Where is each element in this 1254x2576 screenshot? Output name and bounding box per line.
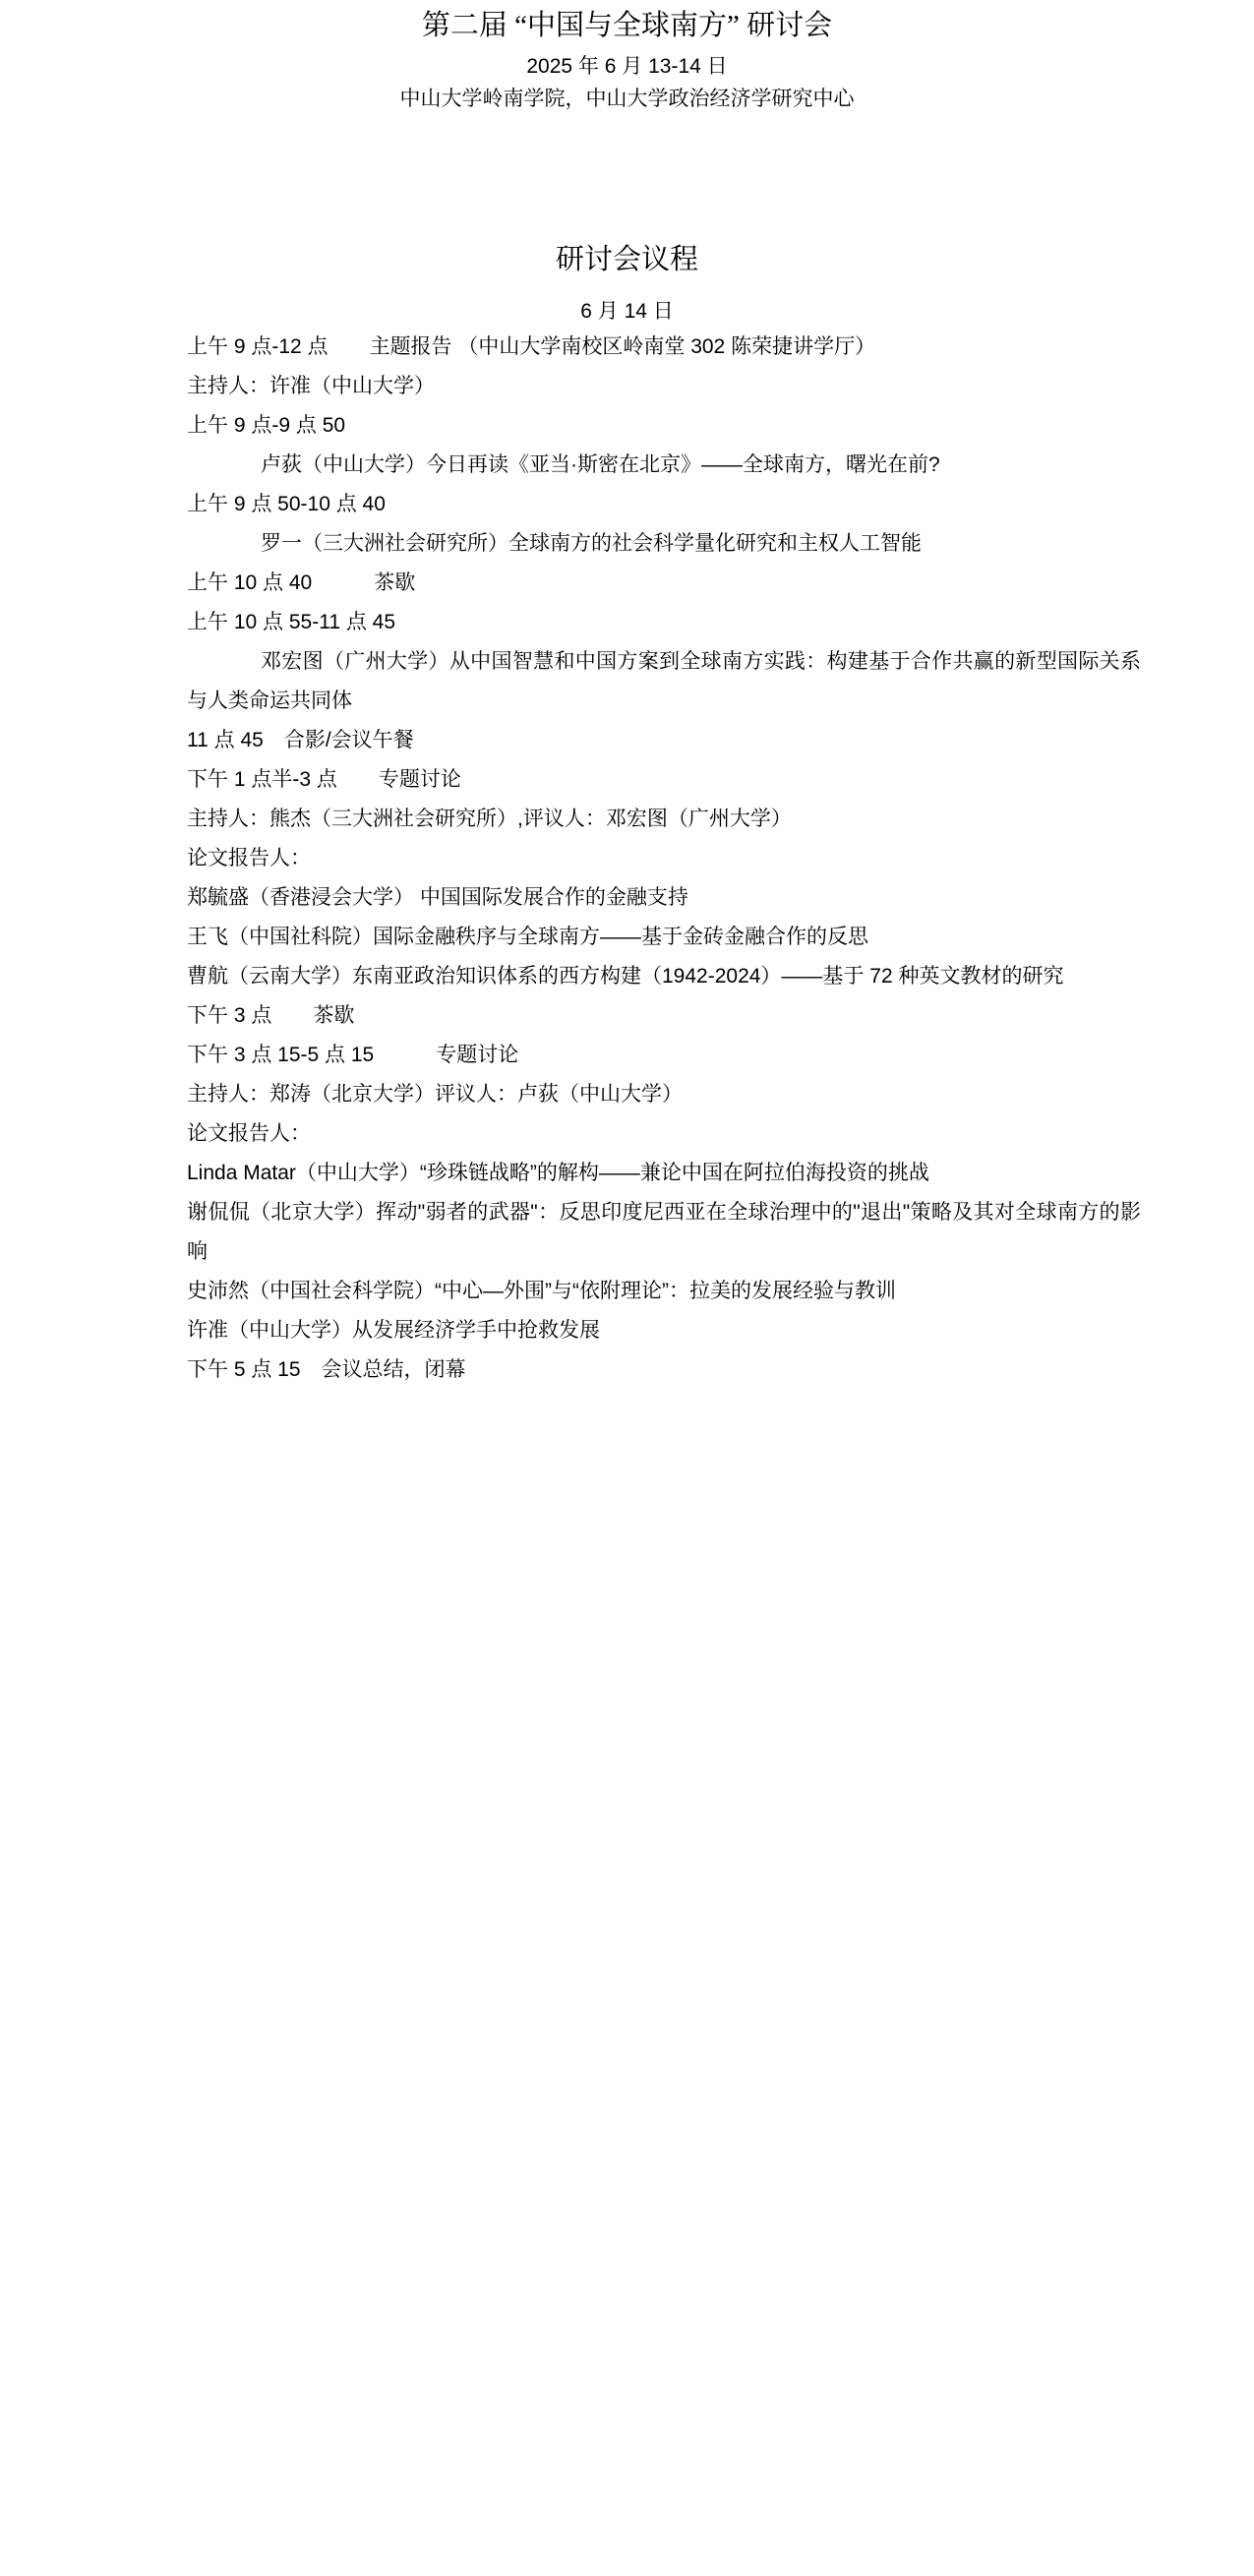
agenda-line-session-time: 上午 9 点-12 点 主题报告 （中山大学南校区岭南堂 302 陈荣捷讲学厅） bbox=[187, 328, 1141, 367]
agenda-line-presenters-label: 论文报告人： bbox=[187, 839, 1141, 878]
agenda-line-presenters-label: 论文报告人： bbox=[187, 1114, 1141, 1154]
document-header: 第二届 “中国与全球南方” 研讨会 2025 年 6 月 13-14 日 中山大… bbox=[0, 6, 1254, 115]
agenda-line-talk: 郑毓盛（香港浸会大学） 中国国际发展合作的金融支持 bbox=[187, 878, 1141, 918]
agenda-line-talk: Linda Matar（中山大学）“珍珠链战略”的解构——兼论中国在阿拉伯海投资… bbox=[187, 1154, 1141, 1193]
agenda-line-talk: 邓宏图（广州大学）从中国智慧和中国方案到全球南方实践：构建基于合作共赢的新型国际… bbox=[187, 642, 1141, 721]
agenda-line-talk: 王飞（中国社科院）国际金融秩序与全球南方——基于金砖金融合作的反思 bbox=[187, 918, 1141, 957]
agenda-line-closing: 下午 5 点 15 会议总结，闭幕 bbox=[187, 1350, 1141, 1390]
agenda-line-chair: 主持人：郑涛（北京大学）评议人：卢荻（中山大学） bbox=[187, 1075, 1141, 1114]
agenda-line-talk: 罗一（三大洲社会研究所）全球南方的社会科学量化研究和主权人工智能 bbox=[187, 524, 1141, 564]
agenda-day: 6 月 14 日 bbox=[0, 295, 1254, 328]
agenda-line-session-time: 下午 1 点半-3 点 专题讨论 bbox=[187, 760, 1141, 800]
agenda-line-lunch: 11 点 45 合影/会议午餐 bbox=[187, 721, 1141, 760]
document-page: 第二届 “中国与全球南方” 研讨会 2025 年 6 月 13-14 日 中山大… bbox=[0, 0, 1254, 2576]
agenda-line-session-time: 上午 10 点 55-11 点 45 bbox=[187, 603, 1141, 642]
conference-organizers: 中山大学岭南学院，中山大学政治经济学研究中心 bbox=[0, 83, 1254, 115]
agenda-line-tea-break: 上午 10 点 40 茶歇 bbox=[187, 564, 1141, 603]
agenda-line-talk: 谢侃侃（北京大学）挥动"弱者的武器"：反思印度尼西亚在全球治理中的"退出"策略及… bbox=[187, 1193, 1141, 1272]
agenda-line-session-time: 上午 9 点-9 点 50 bbox=[187, 406, 1141, 446]
agenda-line-tea-break: 下午 3 点 茶歇 bbox=[187, 996, 1141, 1036]
agenda-line-talk: 许准（中山大学）从发展经济学手中抢救发展 bbox=[187, 1311, 1141, 1350]
agenda-line-session-time: 下午 3 点 15-5 点 15 专题讨论 bbox=[187, 1036, 1141, 1075]
agenda-line-talk: 卢荻（中山大学）今日再读《亚当·斯密在北京》——全球南方，曙光在前? bbox=[187, 446, 1141, 485]
agenda-line-chair: 主持人：熊杰（三大洲社会研究所）,评议人：邓宏图（广州大学） bbox=[187, 800, 1141, 839]
agenda-line-session-time: 上午 9 点 50-10 点 40 bbox=[187, 485, 1141, 524]
agenda-header: 研讨会议程 6 月 14 日 bbox=[0, 238, 1254, 328]
agenda-body: 上午 9 点-12 点 主题报告 （中山大学南校区岭南堂 302 陈荣捷讲学厅）… bbox=[0, 328, 1254, 1390]
agenda-line-chair: 主持人：许准（中山大学） bbox=[187, 367, 1141, 406]
agenda-heading: 研讨会议程 bbox=[0, 238, 1254, 281]
conference-date: 2025 年 6 月 13-14 日 bbox=[0, 50, 1254, 83]
conference-title: 第二届 “中国与全球南方” 研讨会 bbox=[0, 6, 1254, 45]
agenda-line-talk: 史沛然（中国社会科学院）“中心—外围”与“依附理论”：拉美的发展经验与教训 bbox=[187, 1272, 1141, 1311]
agenda-line-talk: 曹航（云南大学）东南亚政治知识体系的西方构建（1942-2024）——基于 72… bbox=[187, 957, 1141, 996]
